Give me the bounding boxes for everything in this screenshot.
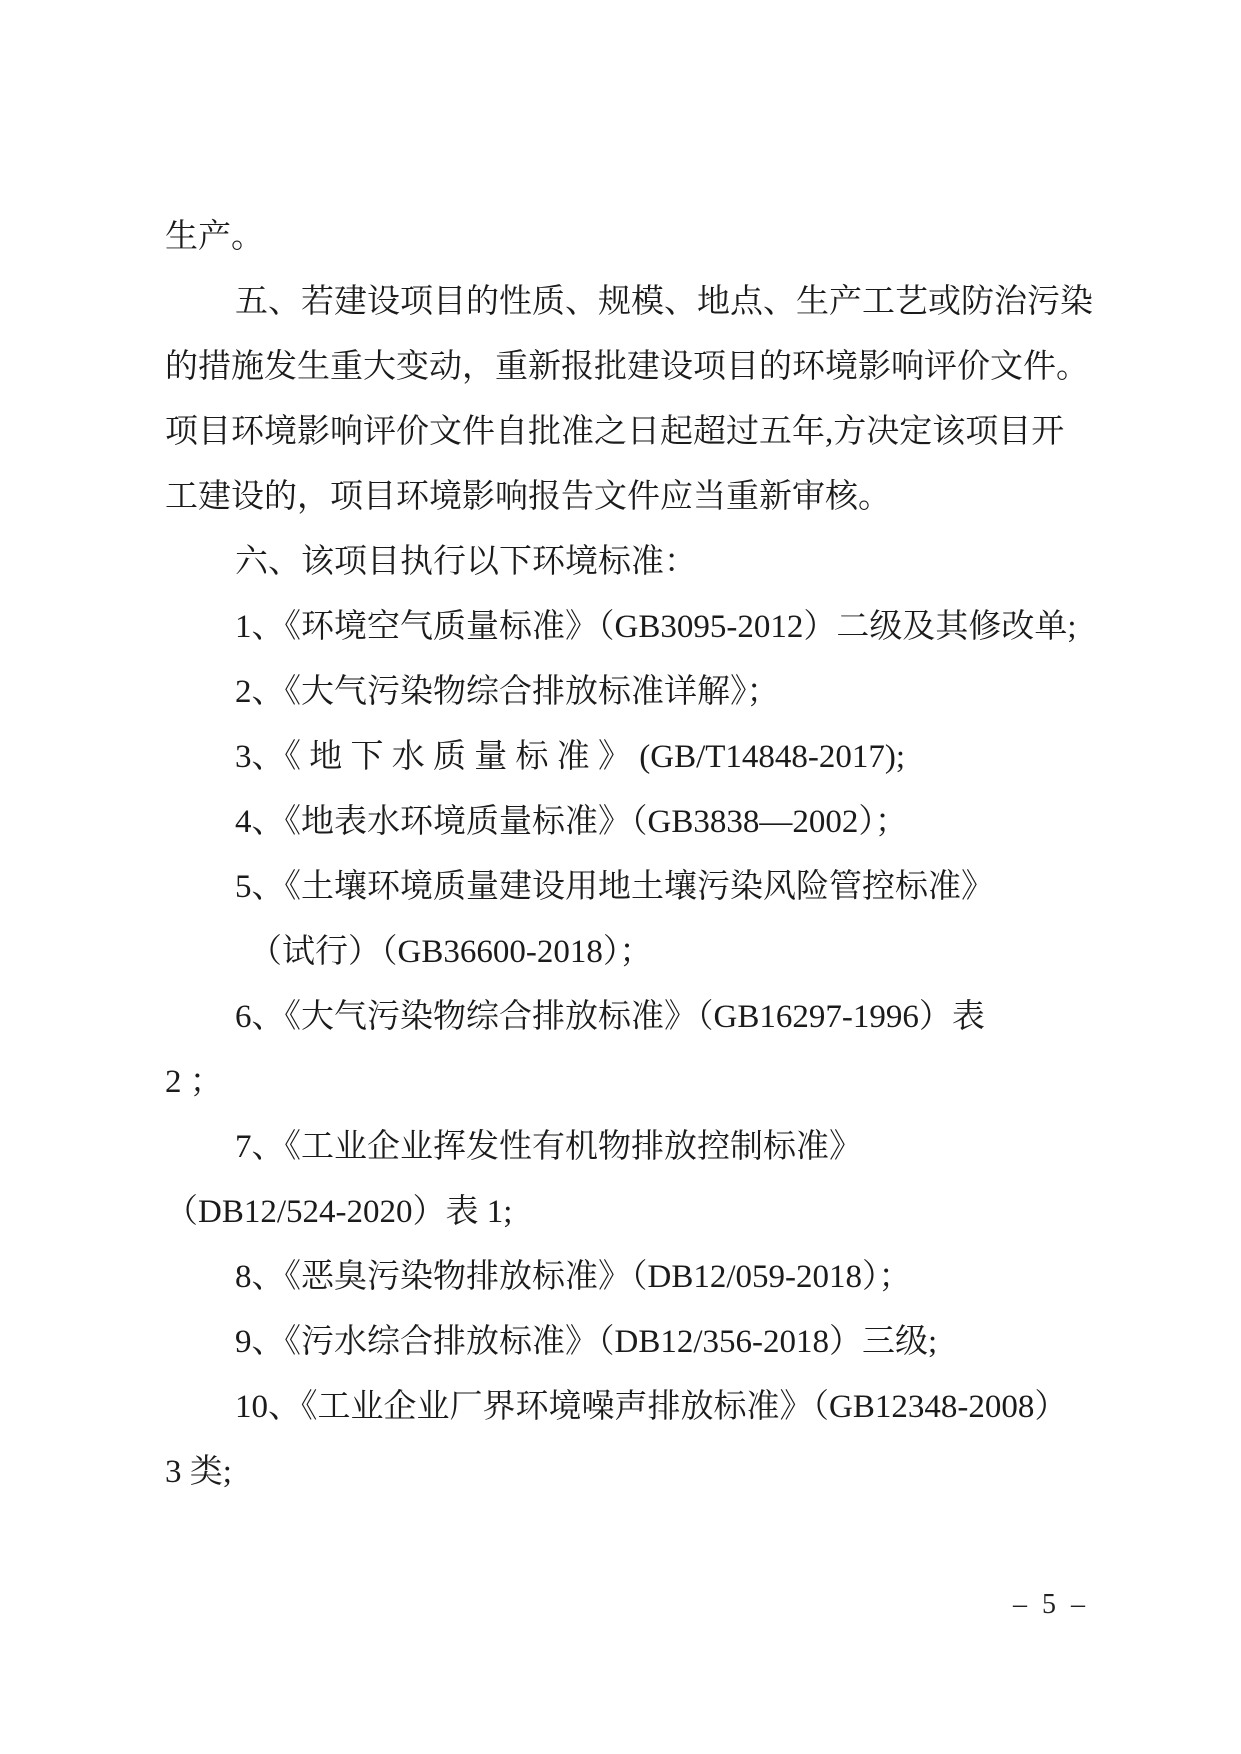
document-page: 生产。五、若建设项目的性质、规模、地点、生产工艺或防治污染的措施发生重大变动，重… (0, 0, 1241, 1754)
text-line: 5、《土壤环境质量建设用地土壤污染风险管控标准》 (165, 855, 1095, 920)
text-line: 9、《污水综合排放标准》（DB12/356-2018）三级; (165, 1310, 1095, 1375)
text-line: 六、该项目执行以下环境标准： (165, 530, 1095, 595)
text-line: 3、《 地 下 水 质 量 标 准 》 (GB/T14848-2017); (165, 725, 1095, 790)
text-line: 生产。 (165, 205, 1095, 270)
text-line: 五、若建设项目的性质、规模、地点、生产工艺或防治污染 (165, 270, 1095, 335)
document-body: 生产。五、若建设项目的性质、规模、地点、生产工艺或防治污染的措施发生重大变动，重… (165, 205, 1095, 1505)
text-line: 7、《工业企业挥发性有机物排放控制标准》 (165, 1115, 1095, 1180)
text-line: （试行）（GB36600-2018）； (165, 920, 1095, 985)
text-line: （DB12/524-2020）表 1; (165, 1180, 1095, 1245)
text-line: 2、《大气污染物综合排放标准详解》； (165, 660, 1095, 725)
text-line: 4、《地表水环境质量标准》（GB3838—2002）； (165, 790, 1095, 855)
text-line: 项目环境影响评价文件自批准之日起超过五年,方决定该项目开 (165, 400, 1095, 465)
text-line: 的措施发生重大变动，重新报批建设项目的环境影响评价文件。 (165, 335, 1095, 400)
text-line: 8、《恶臭污染物排放标准》（DB12/059-2018）； (165, 1245, 1095, 1310)
page-number: – 5 – (1013, 1588, 1089, 1622)
text-line: 6、《大气污染物综合排放标准》（GB16297-1996）表 (165, 985, 1095, 1050)
text-line: 工建设的，项目环境影响报告文件应当重新审核。 (165, 465, 1095, 530)
text-line: 3 类; (165, 1440, 1095, 1505)
text-line: 1、《环境空气质量标准》（GB3095-2012）二级及其修改单; (165, 595, 1095, 660)
text-line: 2 ； (165, 1050, 1095, 1115)
text-line: 10、《工业企业厂界环境噪声排放标准》（GB12348-2008） (165, 1375, 1095, 1440)
